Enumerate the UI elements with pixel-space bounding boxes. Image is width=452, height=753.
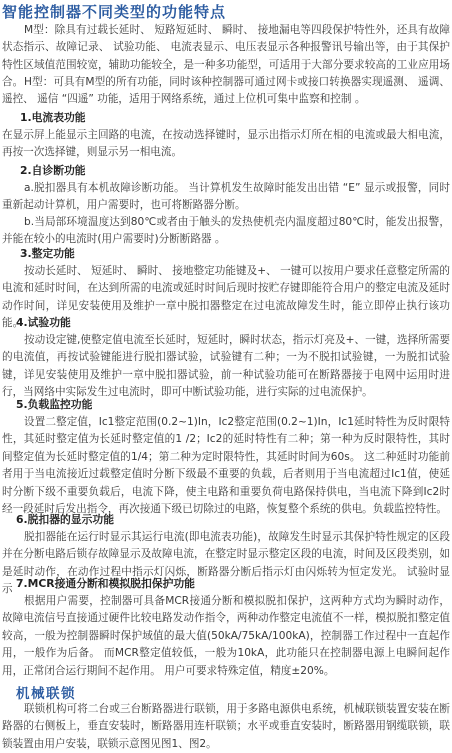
section-heading-4: 4.试验功能: [16, 315, 71, 330]
section-2-paragraph-b: b.当局部环境温度达到80℃或者由于触头的发热使机壳内温度超过80℃时，能发出报…: [2, 214, 450, 249]
section-4-paragraph: 按动设定键,使整定值电流至长延时，短延时，瞬时状态，指示灯亮及+、一键，选择所需…: [2, 332, 450, 402]
section-heading-5: 5.负载监控功能: [16, 397, 92, 412]
interlock-paragraph: 联锁机构可将二台或三台断路器进行联锁，用于多路电源供电系统，机械联锁装置安装在断…: [2, 701, 450, 753]
section-5-paragraph: 设置二整定值，Ic1整定范围(0.2~1)In，Ic2整定范围(0.2~1)In…: [2, 414, 450, 518]
interlock-title: 机械联锁: [16, 682, 76, 702]
section-7-paragraph: 根据用户需要，控制器可具备MCR接通分断和模拟脱扣保护，这两种方式均为瞬时动作，…: [2, 593, 450, 680]
section-heading-7: 7.MCR接通分断和模拟脱扣保护功能: [16, 576, 195, 591]
section-1-paragraph: 在显示屏上能显示主回路的电流，在按动选择键时，显示出指示灯所在相的电流或最大相电…: [2, 127, 450, 162]
section-heading-1: 1.电流表功能: [20, 110, 86, 125]
section-heading-6: 6.脱扣器的显示功能: [16, 512, 114, 527]
section-2-paragraph-a: a.脱扣器具有本机故障诊断功能。 当计算机发生故障时能发出出错 “E” 显示或报…: [2, 180, 450, 215]
section-heading-2: 2.自诊断功能: [20, 163, 86, 178]
section-heading-3: 3.整定功能: [20, 246, 75, 261]
intro-h-type: H型：可具有M型的所有功能，同时该种控制器可通过网卡或接口转换器实现遥测、 遥调…: [2, 74, 450, 109]
page-title: 智能控制器不同类型的功能特点: [2, 1, 226, 22]
